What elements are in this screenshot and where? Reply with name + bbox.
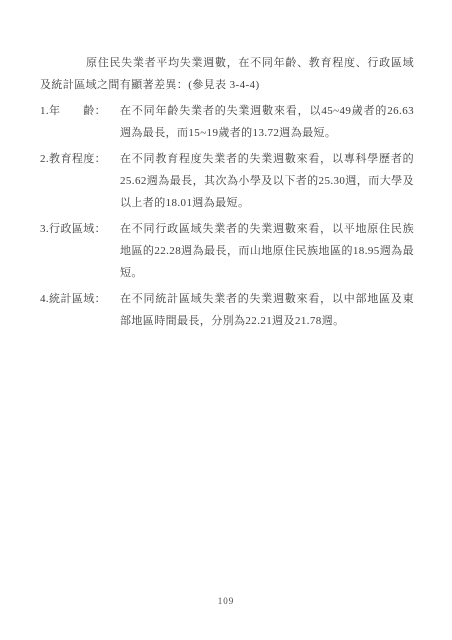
item-label: 2.教育程度： <box>40 148 120 214</box>
item-label: 4.統計區域： <box>40 288 120 332</box>
page-number: 109 <box>0 596 452 606</box>
item-text: 在不同行政區域失業者的失業週數來看，以平地原住民族地區的22.28週為最長，而山… <box>120 218 414 284</box>
document-page: 原住民失業者平均失業週數，在不同年齡、教育程度、行政區域及統計區域之間有顯著差異… <box>0 0 452 640</box>
item-text: 在不同教育程度失業者的失業週數來看，以專科學歷者的25.62週為最長，其次為小學… <box>120 148 414 214</box>
item-text: 在不同統計區域失業者的失業週數來看，以中部地區及東部地區時間最長，分別為22.2… <box>120 288 414 332</box>
item-text: 在不同年齡失業者的失業週數來看，以45~49歲者的26.63週為最長，而15~1… <box>120 100 414 144</box>
item-label: 3.行政區域： <box>40 218 120 284</box>
list-item-education: 2.教育程度： 在不同教育程度失業者的失業週數來看，以專科學歷者的25.62週為… <box>40 148 414 214</box>
page-content: 原住民失業者平均失業週數，在不同年齡、教育程度、行政區域及統計區域之間有顯著差異… <box>40 52 414 332</box>
list-item-age: 1.年 齡： 在不同年齡失業者的失業週數來看，以45~49歲者的26.63週為最… <box>40 100 414 144</box>
list-item-administrative-region: 3.行政區域： 在不同行政區域失業者的失業週數來看，以平地原住民族地區的22.2… <box>40 218 414 284</box>
list-item-statistical-region: 4.統計區域： 在不同統計區域失業者的失業週數來看，以中部地區及東部地區時間最長… <box>40 288 414 332</box>
intro-paragraph: 原住民失業者平均失業週數，在不同年齡、教育程度、行政區域及統計區域之間有顯著差異… <box>40 52 414 96</box>
item-label: 1.年 齡： <box>40 100 120 144</box>
